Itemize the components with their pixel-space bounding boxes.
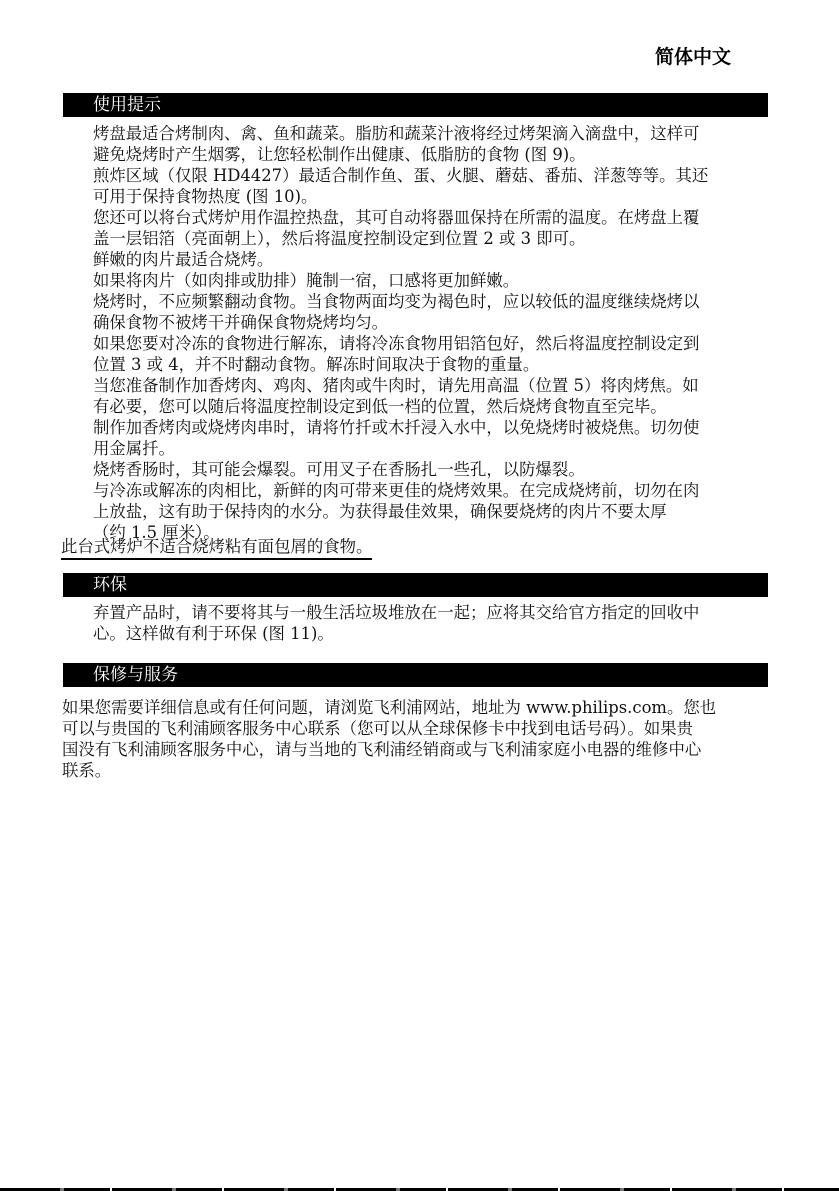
text-line: 如果您需要详细信息或有任何问题，请浏览飞利浦网站，地址为 www.philips…	[62, 697, 772, 718]
text-line: 上放盐，这有助于保持肉的水分。为获得最佳效果，确保要烧烤的肉片不要太厚	[93, 501, 773, 522]
text-line: 鲜嫩的肉片最适合烧烤。	[93, 249, 773, 270]
text-line: 与冷冻或解冻的肉相比，新鲜的肉可带来更佳的烧烤效果。在完成烧烤前，切勿在肉	[93, 480, 773, 501]
text-line: 盖一层铝箔（亮面朝上），然后将温度控制设定到位置 2 或 3 即可。	[93, 228, 773, 249]
section-header-usage-tips: 使用提示	[63, 93, 768, 117]
text-line: 可以与贵国的飞利浦顾客服务中心联系（您可以从全球保修卡中找到电话号码）。如果贵	[62, 718, 772, 739]
text-line: 如果将肉片（如肉排或肋排）腌制一宿，口感将更加鲜嫩。	[93, 270, 773, 291]
text-line: 烧烤香肠时，其可能会爆裂。可用叉子在香肠扎一些孔，以防爆裂。	[93, 459, 773, 480]
section-header-guarantee-service: 保修与服务	[63, 663, 768, 687]
text-line: 避免烧烤时产生烟雾，让您轻松制作出健康、低脂肪的食物 (图 9)。	[93, 144, 773, 165]
text-line: 弃置产品时，请不要将其与一般生活垃圾堆放在一起；应将其交给官方指定的回收中	[93, 602, 773, 623]
section-header-environment: 环保	[63, 573, 768, 597]
text-line: 可用于保持食物热度 (图 10)。	[93, 186, 773, 207]
text-line: 位置 3 或 4，并不时翻动食物。解冻时间取决于食物的重量。	[93, 354, 773, 375]
text-line: 心。这样做有利于环保 (图 11)。	[93, 623, 773, 644]
text-line: 联系。	[62, 760, 772, 781]
text-line: 如果您要对冷冻的食物进行解冻，请将冷冻食物用铝箔包好，然后将温度控制设定到	[93, 333, 773, 354]
text-line: 确保食物不被烤干并确保食物烧烤均匀。	[93, 312, 773, 333]
text-line: 烧烤时，不应频繁翻动食物。当食物两面均变为褐色时，应以较低的温度继续烧烤以	[93, 291, 773, 312]
text-line: 制作加香烤肉或烧烤肉串时，请将竹扦或木扦浸入水中，以免烧烤时被烧焦。切勿使	[93, 417, 773, 438]
text-line: 煎炸区域（仅限 HD4427）最适合制作鱼、蛋、火腿、蘑菇、番茄、洋葱等等。其还	[93, 165, 773, 186]
text-line: 有必要，您可以随后将温度控制设定到低一档的位置，然后烧烤食物直至完毕。	[93, 396, 773, 417]
section-title: 使用提示	[93, 95, 161, 115]
text-line: 烤盘最适合烤制肉、禽、鱼和蔬菜。脂肪和蔬菜汁液将经过烤架滴入滴盘中，这样可	[93, 123, 773, 144]
text-line: 您还可以将台式烤炉用作温控热盘，其可自动将器皿保持在所需的温度。在烤盘上覆	[93, 207, 773, 228]
text-line: 国没有飞利浦顾客服务中心，请与当地的飞利浦经销商或与飞利浦家庭小电器的维修中心	[62, 739, 772, 760]
environment-body: 弃置产品时，请不要将其与一般生活垃圾堆放在一起；应将其交给官方指定的回收中 心。…	[93, 602, 773, 644]
section-title: 保修与服务	[93, 665, 178, 685]
language-label: 简体中文	[655, 42, 731, 69]
guarantee-service-body: 如果您需要详细信息或有任何问题，请浏览飞利浦网站，地址为 www.philips…	[62, 697, 772, 781]
section-title: 环保	[93, 575, 127, 595]
usage-tips-body: 烤盘最适合烤制肉、禽、鱼和蔬菜。脂肪和蔬菜汁液将经过烤架滴入滴盘中，这样可 避免…	[93, 123, 773, 543]
warning-note: 此台式烤炉不适合烧烤粘有面包屑的食物。	[61, 536, 372, 560]
text-line: 用金属扦。	[93, 438, 773, 459]
text-line: 当您准备制作加香烤肉、鸡肉、猪肉或牛肉时，请先用高温（位置 5）将肉烤焦。如	[93, 375, 773, 396]
